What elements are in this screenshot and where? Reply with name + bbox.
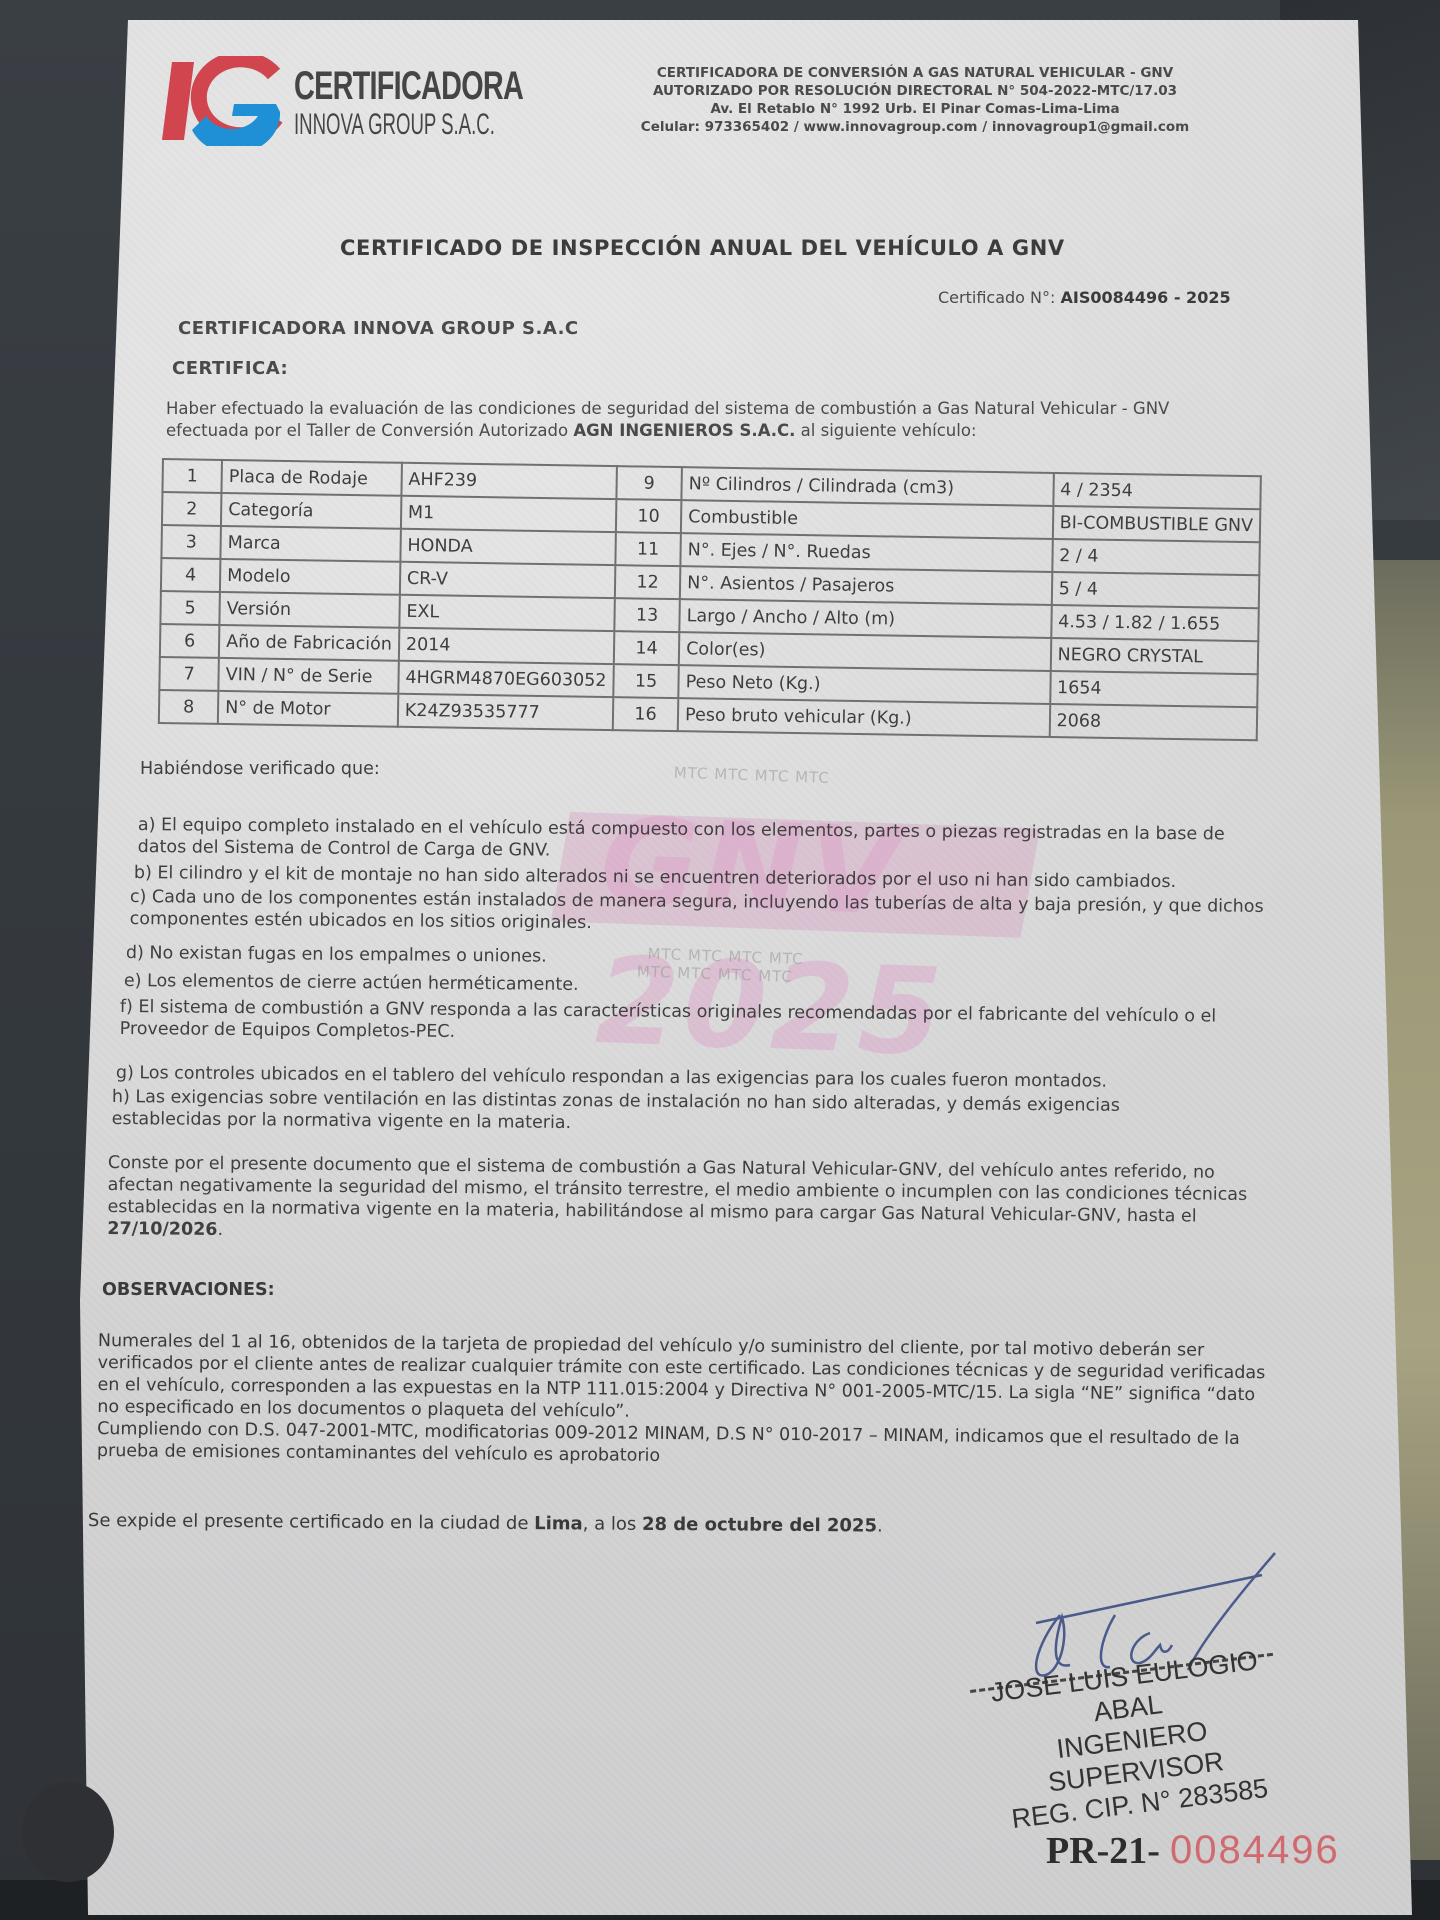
row-number: 16 xyxy=(613,697,679,731)
company-info: CERTIFICADORA DE CONVERSIÓN A GAS NATURA… xyxy=(615,64,1215,136)
row-number: 14 xyxy=(614,631,680,665)
field-value: HONDA xyxy=(400,529,616,565)
row-number: 1 xyxy=(162,459,222,493)
field-value: BI-COMBUSTIBLE GNV xyxy=(1052,506,1260,542)
punch-hole xyxy=(22,1782,114,1882)
field-value: 2014 xyxy=(399,628,615,664)
info-line: AUTORIZADO POR RESOLUCIÓN DIRECTORAL N° … xyxy=(615,82,1215,100)
field-value: 1654 xyxy=(1050,671,1258,707)
field-value: 4.53 / 1.82 / 1.655 xyxy=(1051,605,1259,641)
field-label: Placa de Rodaje xyxy=(222,460,402,496)
row-number: 10 xyxy=(616,499,682,533)
info-line: CERTIFICADORA DE CONVERSIÓN A GAS NATURA… xyxy=(615,64,1215,82)
field-label: Peso bruto vehicular (Kg.) xyxy=(678,698,1050,737)
field-value: AHF239 xyxy=(401,463,617,499)
field-value: 4HGRM4870EG603052 xyxy=(398,661,614,697)
verification-title: Habiéndose verificado que: xyxy=(140,758,380,780)
verification-item-a: a) El equipo completo instalado en el ve… xyxy=(138,814,1278,868)
issued-date: 28 de octubre del 2025 xyxy=(642,1514,877,1537)
issued-statement: Se expide el presente certificado en la … xyxy=(88,1510,883,1537)
field-label: Categoría xyxy=(221,493,401,529)
row-number: 6 xyxy=(160,624,220,658)
field-label: Año de Fabricación xyxy=(219,625,399,661)
row-number: 4 xyxy=(161,558,221,592)
field-value: K24Z93535777 xyxy=(398,694,614,730)
certificate-number: Certificado N°: AIS0084496 - 2025 xyxy=(938,288,1231,307)
conste-paragraph: Conste por el presente documento que el … xyxy=(107,1152,1278,1250)
row-number: 5 xyxy=(160,591,220,625)
field-value: 5 / 4 xyxy=(1051,572,1259,608)
field-value: EXL xyxy=(399,595,615,631)
ig-logo-icon xyxy=(162,56,290,146)
row-number: 12 xyxy=(615,565,681,599)
row-number: 11 xyxy=(615,532,681,566)
field-label: Versión xyxy=(219,592,399,628)
row-number: 9 xyxy=(616,466,682,500)
field-value: CR-V xyxy=(400,562,616,598)
row-number: 13 xyxy=(614,598,680,632)
intro-paragraph: Haber efectuado la evaluación de las con… xyxy=(166,398,1236,442)
issued-text: Se expide el presente certificado en la … xyxy=(88,1510,534,1534)
logo-line1: CERTIFICADORA xyxy=(294,64,523,109)
observations-text: Numerales del 1 al 16, obtenidos de la t… xyxy=(97,1330,1278,1472)
field-value: 4 / 2354 xyxy=(1053,473,1261,509)
conste-end: . xyxy=(217,1220,223,1240)
observations-paragraph-1: Numerales del 1 al 16, obtenidos de la t… xyxy=(97,1330,1278,1428)
row-number: 8 xyxy=(159,690,219,724)
field-label: Marca xyxy=(220,526,400,562)
intro-text-end: al siguiente vehículo: xyxy=(795,421,976,440)
watermark-microtext: MTC MTC MTC MTC xyxy=(674,764,831,787)
issued-city: Lima xyxy=(534,1513,583,1534)
certificate-number-value: AIS0084496 - 2025 xyxy=(1060,288,1230,307)
issued-end: . xyxy=(877,1516,883,1537)
verification-item-h: h) Las exigencias sobre ventilación en l… xyxy=(112,1086,1192,1139)
field-value: NEGRO CRYSTAL xyxy=(1050,638,1258,674)
company-logo: CERTIFICADORA INNOVA GROUP S.A.C. xyxy=(162,56,492,146)
document-title: CERTIFICADO DE INSPECCIÓN ANUAL DEL VEHÍ… xyxy=(340,236,1065,260)
certificate-content: CERTIFICADORA INNOVA GROUP S.A.C. CERTIF… xyxy=(0,0,1440,1920)
logo-line2: INNOVA GROUP S.A.C. xyxy=(294,108,495,142)
verification-item-d: d) No existan fugas en los empalmes o un… xyxy=(126,942,1266,974)
verification-item-c: c) Cada uno de los componentes están ins… xyxy=(130,886,1270,940)
issued-text-mid: , a los xyxy=(583,1513,642,1534)
field-label: Modelo xyxy=(220,559,400,595)
row-number: 7 xyxy=(159,657,219,691)
observations-title: OBSERVACIONES: xyxy=(102,1280,275,1300)
serial-number: PR-21-0084496 xyxy=(1046,1828,1340,1873)
field-label: N° de Motor xyxy=(218,691,398,727)
serial-prefix: PR-21- xyxy=(1046,1830,1160,1872)
info-line: Celular: 973365402 / www.innovagroup.com… xyxy=(615,118,1215,136)
field-label: VIN / N° de Serie xyxy=(218,658,398,694)
field-value: M1 xyxy=(401,496,617,532)
certifier-company: CERTIFICADORA INNOVA GROUP S.A.C xyxy=(178,318,579,339)
verification-item-f: f) El sistema de combustión a GNV respon… xyxy=(120,996,1280,1050)
valid-until-date: 27/10/2026 xyxy=(107,1219,217,1240)
observations-paragraph-2: Cumpliendo con D.S. 047-2001-MTC, modifi… xyxy=(97,1418,1277,1472)
row-number: 3 xyxy=(161,525,221,559)
conste-text: Conste por el presente documento que el … xyxy=(107,1153,1247,1227)
certificate-number-label: Certificado N°: xyxy=(938,288,1055,307)
vehicle-data-table: 1Placa de RodajeAHF2399Nº Cilindros / Ci… xyxy=(158,458,1262,741)
field-value: 2 / 4 xyxy=(1052,539,1260,575)
field-value: 2068 xyxy=(1049,704,1257,740)
row-number: 15 xyxy=(613,664,679,698)
row-number: 2 xyxy=(162,492,222,526)
workshop-name: AGN INGENIEROS S.A.C. xyxy=(573,421,795,440)
serial-value: 0084496 xyxy=(1170,1828,1340,1872)
info-line: Av. El Retablo N° 1992 Urb. El Pinar Com… xyxy=(615,100,1215,118)
certifica-heading: CERTIFICA: xyxy=(172,358,288,379)
